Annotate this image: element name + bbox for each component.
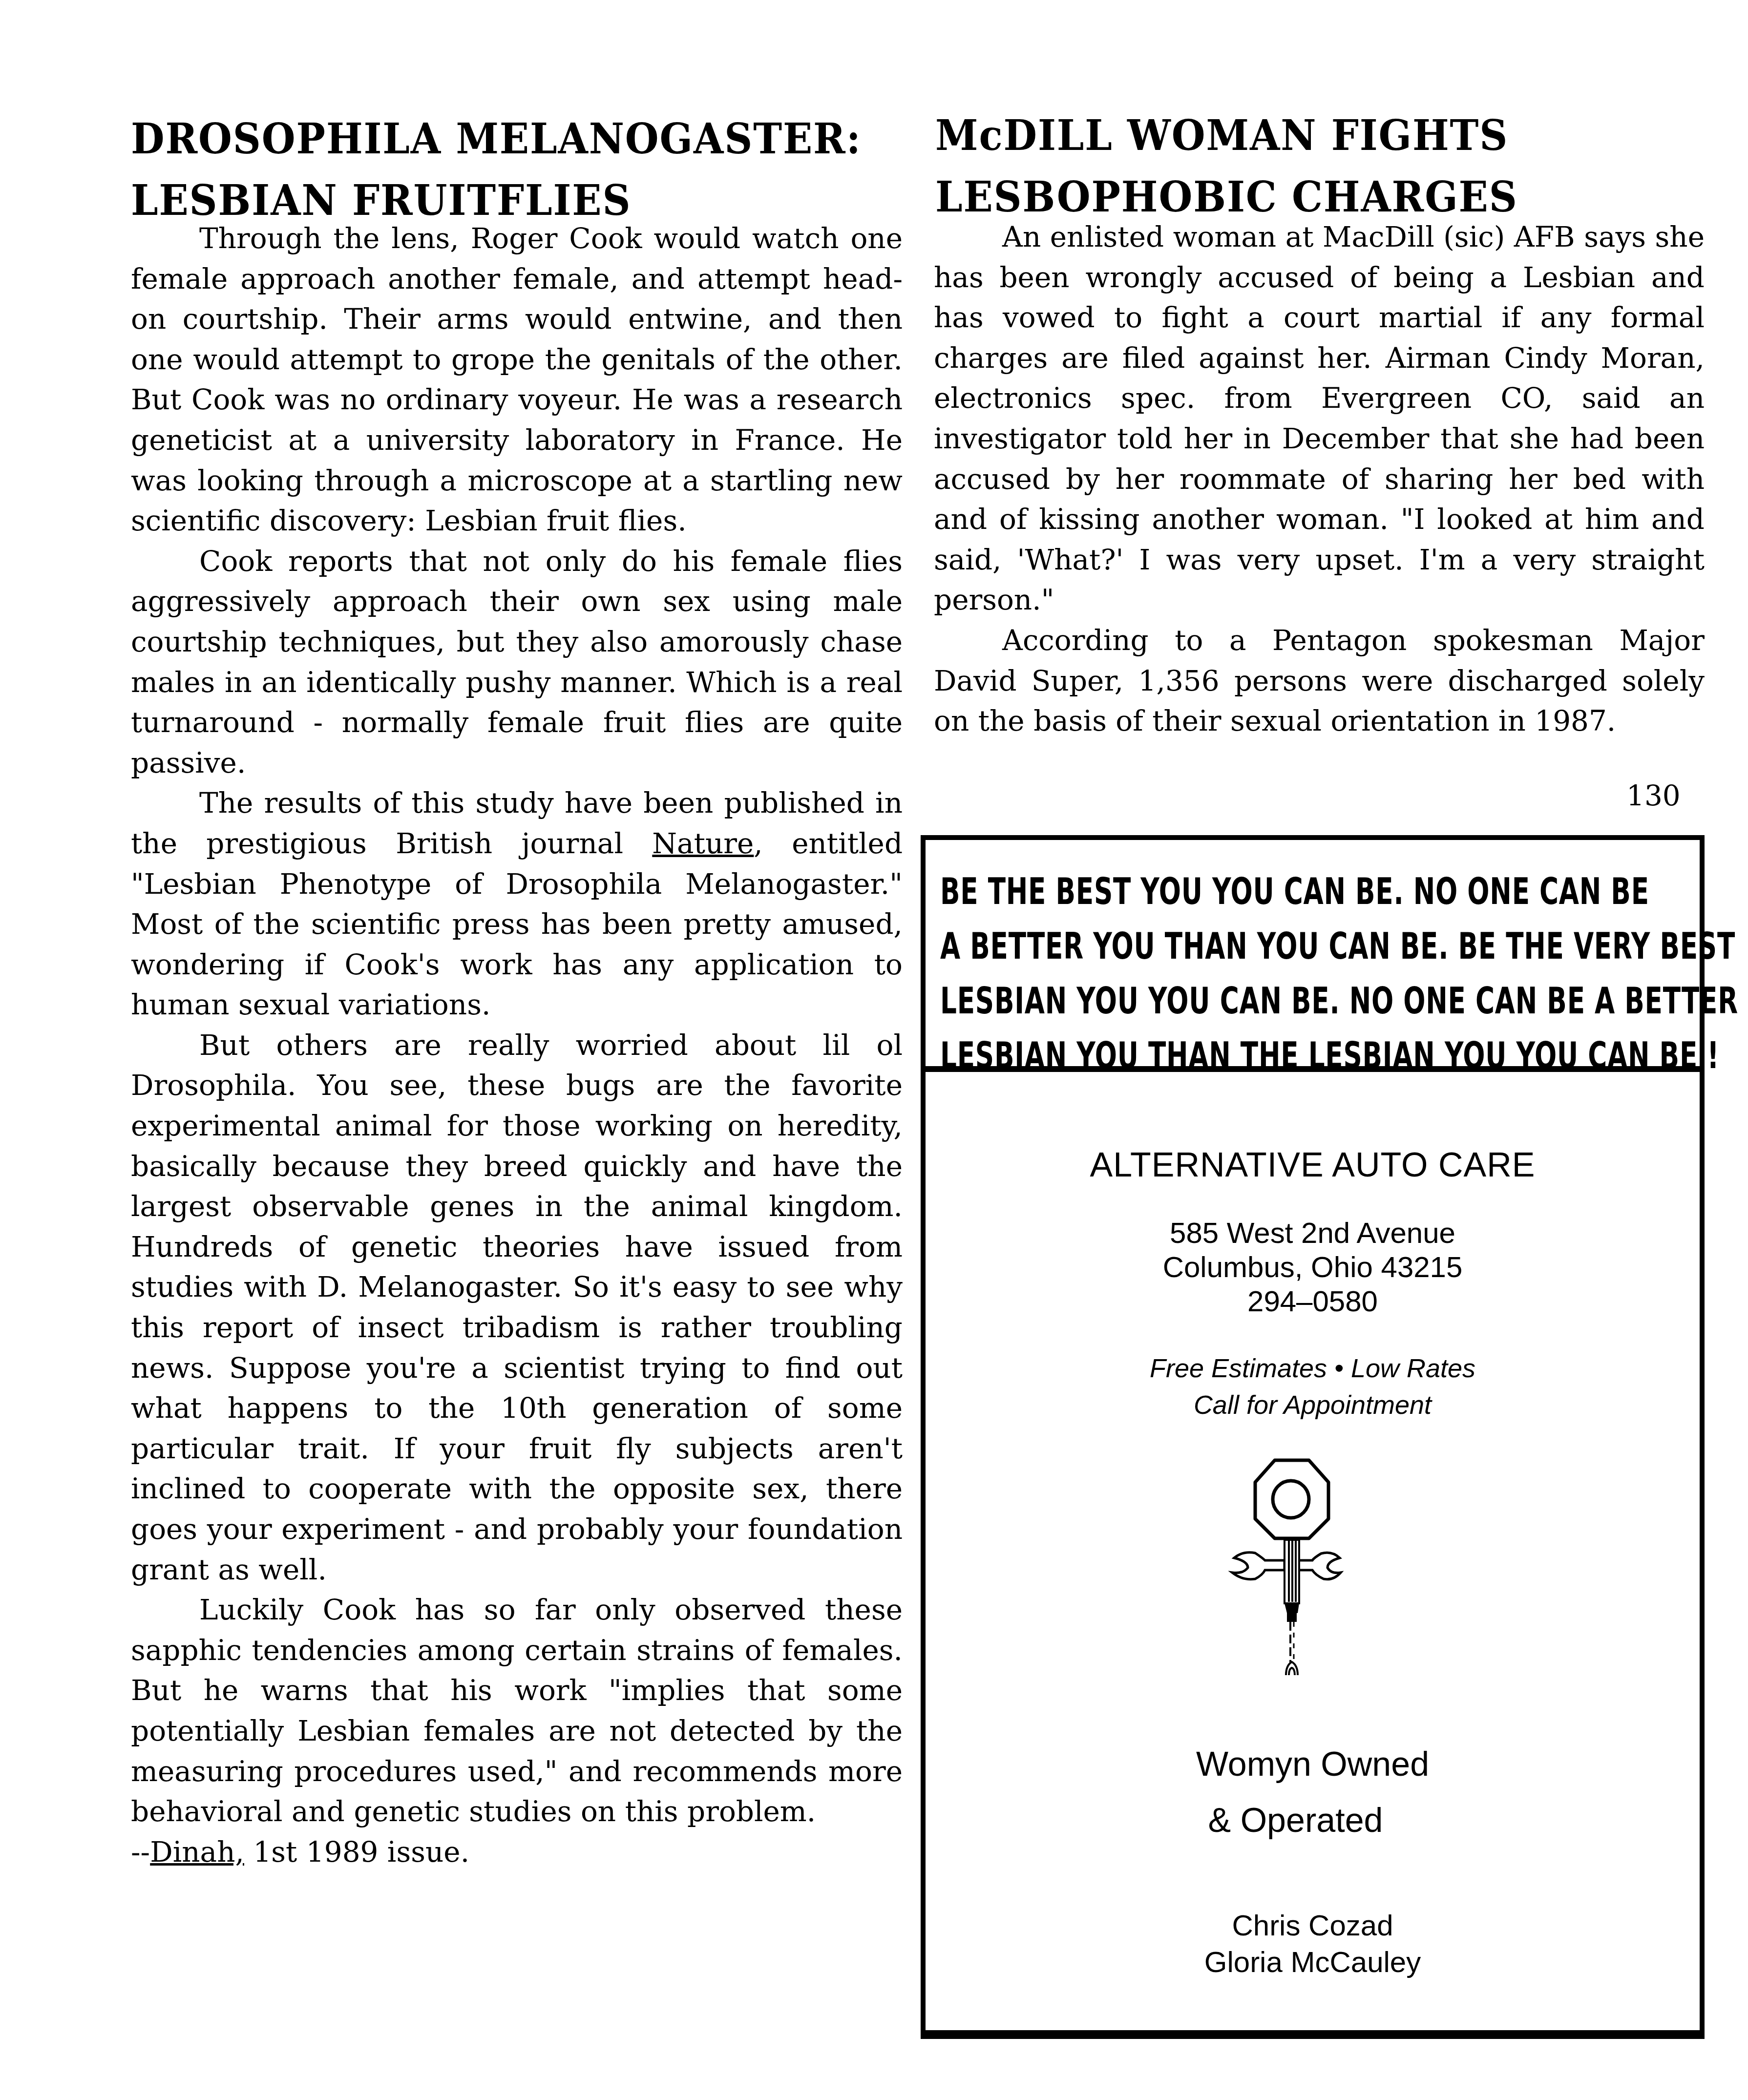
- left-article-body: Through the lens, Roger Cook would watch…: [131, 218, 903, 1872]
- business-address: 585 West 2nd Avenue Columbus, Ohio 43215…: [926, 1216, 1700, 1319]
- owner-1: Chris Cozad: [926, 1907, 1700, 1944]
- owner-names: Chris Cozad Gloria McCauley: [926, 1907, 1700, 1980]
- slogan-line-3: LESBIAN YOU YOU CAN BE. NO ONE CAN BE A …: [940, 974, 1707, 1029]
- right-paragraph-1: An enlisted woman at MacDill (sic) AFB s…: [934, 217, 1705, 620]
- tagline-2: Call for Appointment: [926, 1387, 1700, 1424]
- address-line-2: Columbus, Ohio 43215: [926, 1250, 1700, 1284]
- source-credit: --Dinah, 1st 1989 issue.: [131, 1832, 903, 1872]
- left-paragraph-2: Cook reports that not only do his female…: [131, 541, 903, 783]
- left-paragraph-1: Through the lens, Roger Cook would watch…: [131, 218, 903, 541]
- address-line-1: 585 West 2nd Avenue: [926, 1216, 1700, 1250]
- auto-care-ad: ALTERNATIVE AUTO CARE 585 West 2nd Avenu…: [921, 1072, 1705, 2039]
- left-headline-line1: DROSOPHILA MELANOGASTER:: [131, 114, 862, 164]
- left-headline-line2: LESBIAN FRUITFLIES: [131, 176, 631, 225]
- slogan-line-2: A BETTER YOU THAN YOU CAN BE. BE THE VER…: [940, 919, 1707, 974]
- owned-line-1: Womyn Owned: [926, 1736, 1700, 1792]
- right-headline-line1: McDILL WOMAN FIGHTS: [935, 111, 1508, 160]
- slogan-text: BE THE BEST YOU YOU CAN BE. NO ONE CAN B…: [940, 864, 1707, 1083]
- business-name: ALTERNATIVE AUTO CARE: [926, 1145, 1700, 1184]
- journal-name: Nature: [652, 827, 754, 860]
- credit-source: Dinah,: [150, 1835, 244, 1869]
- phone-number: 294–0580: [926, 1284, 1700, 1319]
- left-paragraph-5: Luckily Cook has so far only observed th…: [131, 1590, 903, 1832]
- slogan-box: BE THE BEST YOU YOU CAN BE. NO ONE CAN B…: [921, 835, 1705, 1072]
- tagline-1: Free Estimates • Low Rates: [926, 1350, 1700, 1387]
- credit-suffix: 1st 1989 issue.: [244, 1835, 469, 1869]
- right-paragraph-2: According to a Pentagon spokesman Major …: [934, 620, 1705, 741]
- credit-prefix: --: [131, 1835, 150, 1869]
- right-article-body: An enlisted woman at MacDill (sic) AFB s…: [934, 217, 1705, 741]
- left-headline: DROSOPHILA MELANOGASTER: LESBIAN FRUITFL…: [131, 108, 862, 231]
- right-headline-line2: LESBOPHOBIC CHARGES: [935, 172, 1518, 222]
- ad-tagline: Free Estimates • Low Rates Call for Appo…: [926, 1350, 1700, 1424]
- left-paragraph-3: The results of this study have been publ…: [131, 783, 903, 1025]
- slogan-line-1: BE THE BEST YOU YOU CAN BE. NO ONE CAN B…: [940, 864, 1707, 919]
- left-paragraph-4: But others are really worried about lil …: [131, 1025, 903, 1590]
- owned-line-2: & Operated: [926, 1792, 1700, 1848]
- ownership-statement: Womyn Owned & Operated: [926, 1736, 1700, 1848]
- right-headline: McDILL WOMAN FIGHTS LESBOPHOBIC CHARGES: [935, 105, 1518, 228]
- venus-wrench-nut-icon: [1228, 1458, 1350, 1678]
- owner-2: Gloria McCauley: [926, 1944, 1700, 1980]
- page-number: 130: [1626, 779, 1681, 812]
- p3-continued: Most of the scientific press has been pr…: [131, 907, 903, 1021]
